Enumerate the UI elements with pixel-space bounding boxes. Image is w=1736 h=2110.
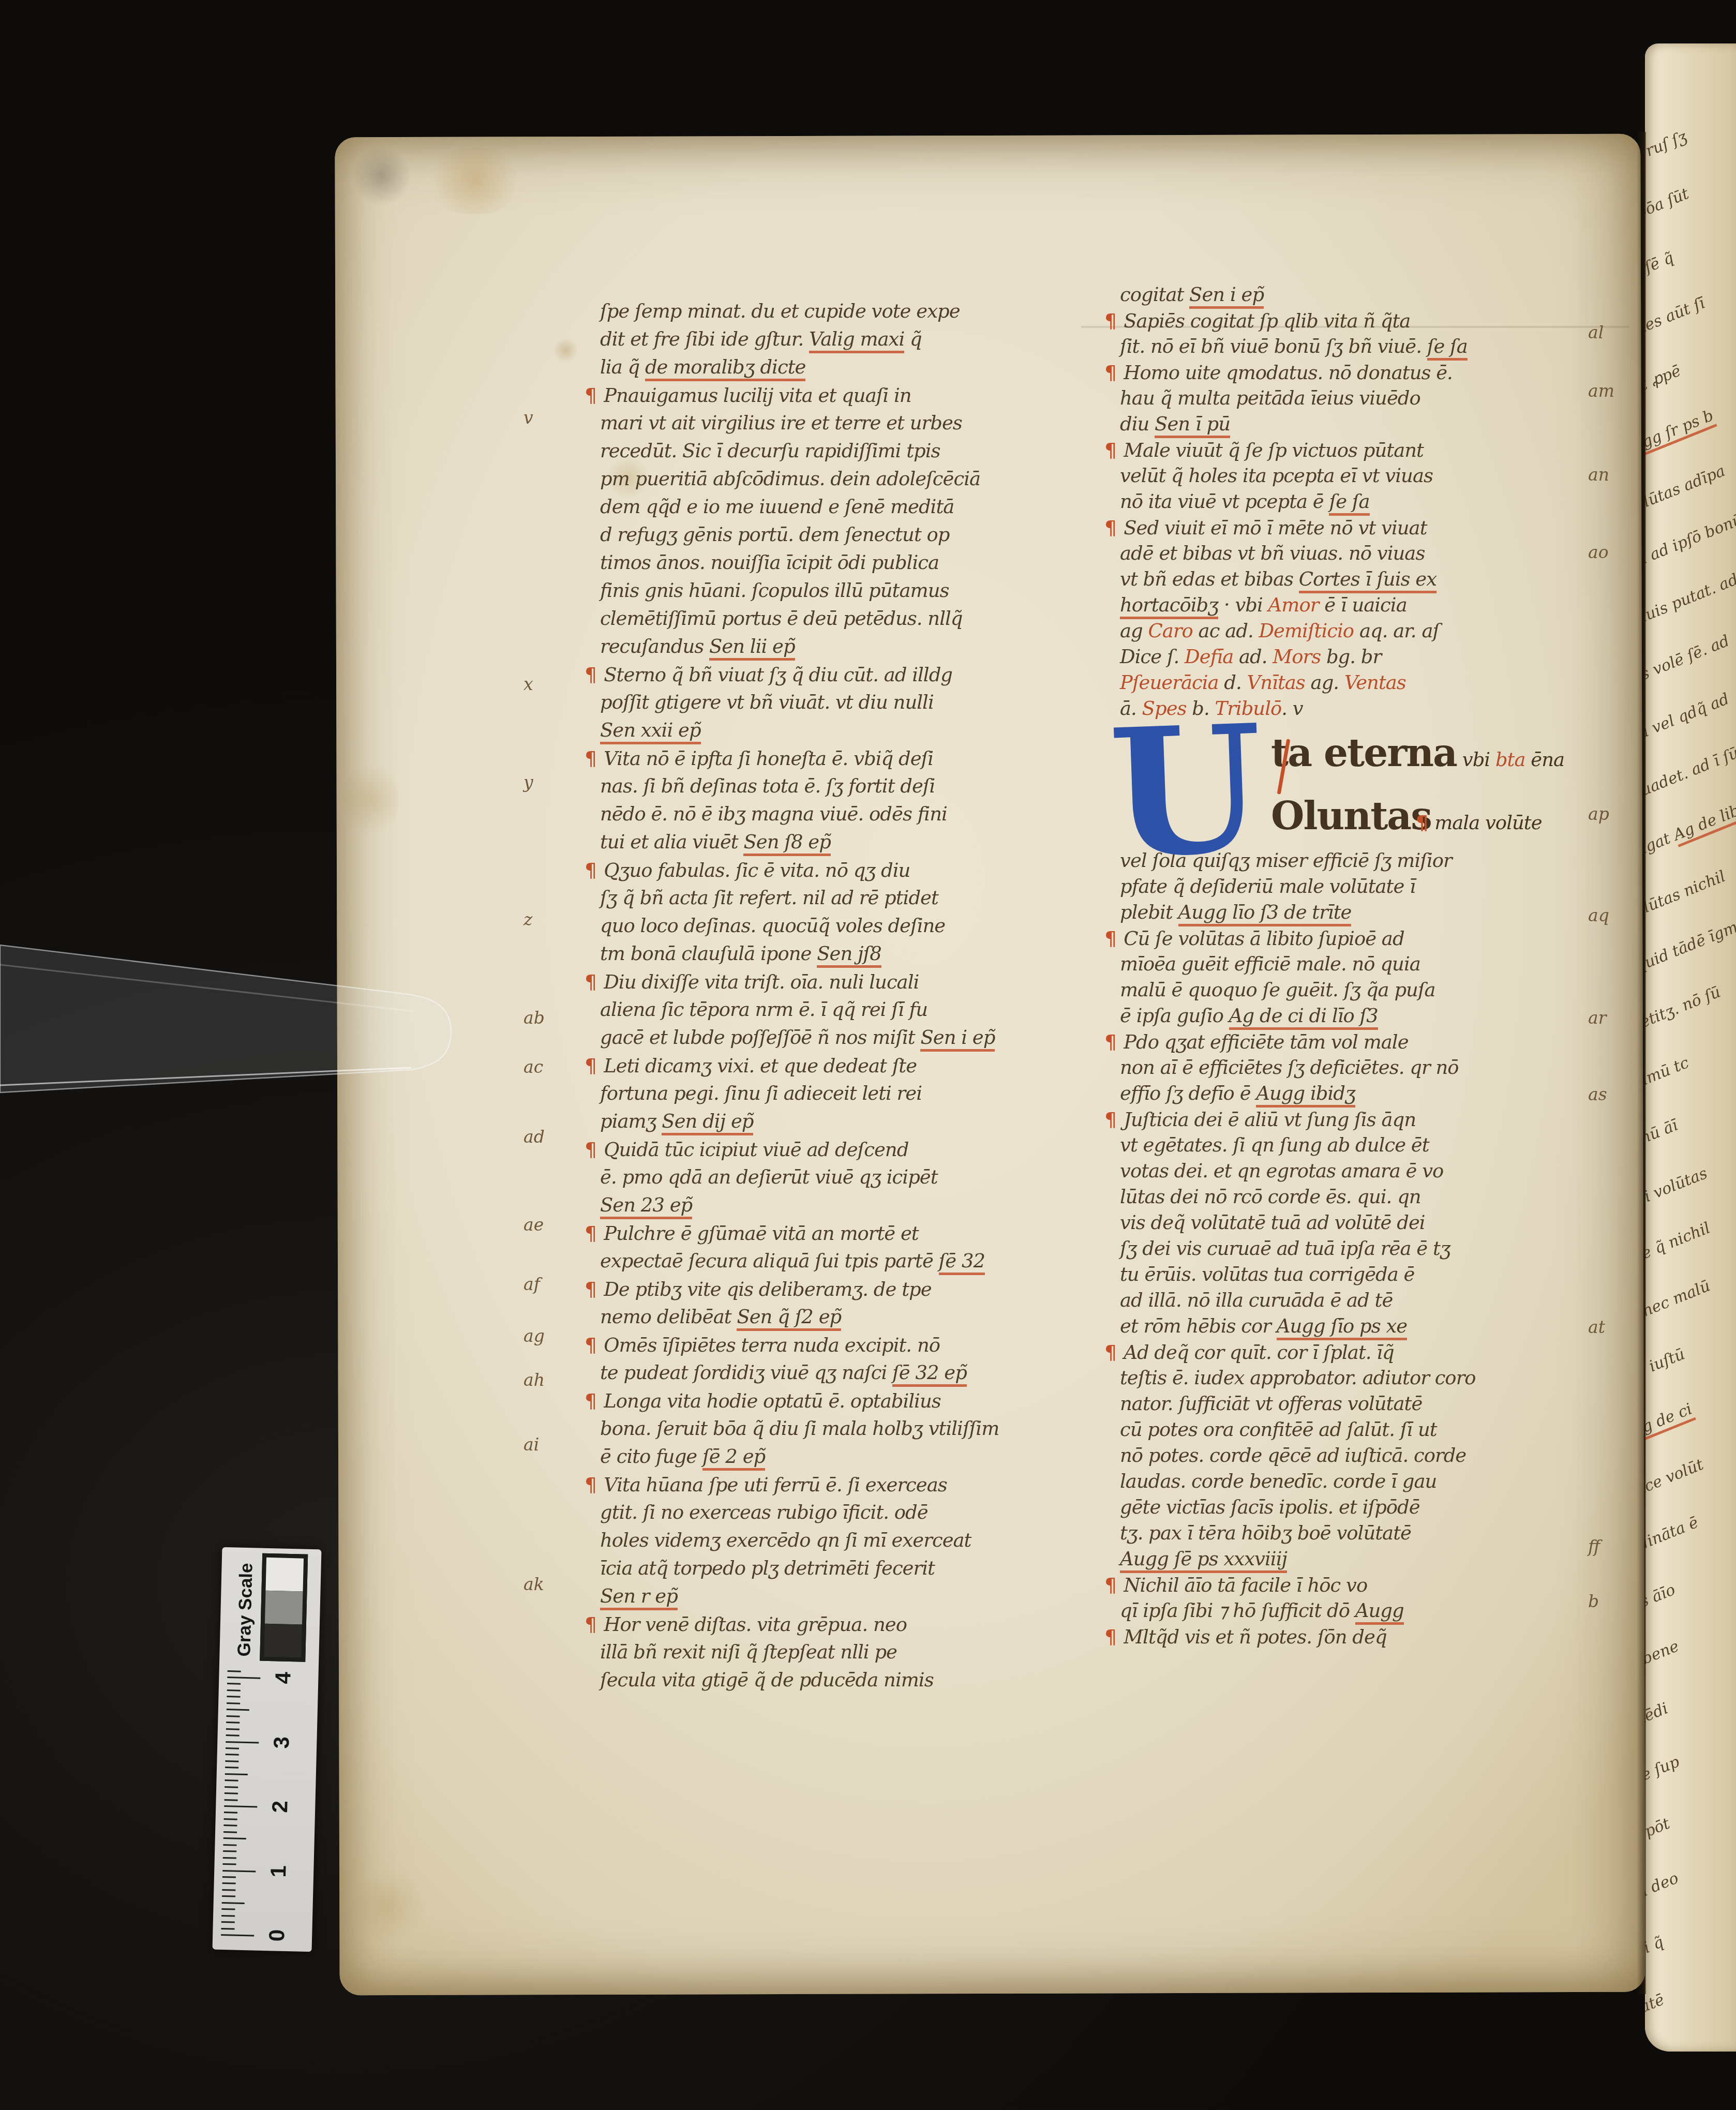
ruler-tick <box>227 1715 240 1717</box>
manuscript-line: ¶Longa vita hodie optatū ē. optabilius <box>600 1387 1073 1415</box>
ruler-tick <box>227 1696 240 1698</box>
pilcrow-mark: ¶ <box>1104 516 1116 539</box>
manuscript-line: bona. ſeruit bōa q̃ diu ſi mala holbʒ vt… <box>600 1415 1073 1443</box>
text-segment: Aug de ci <box>1645 1400 1696 1447</box>
ruler-tick <box>226 1728 240 1730</box>
margin-reference-letter: ab <box>523 1009 545 1027</box>
text-segment: Ag de lib <box>1671 801 1736 847</box>
pilcrow-mark: ¶ <box>1416 811 1427 834</box>
ruler-tick <box>227 1689 241 1692</box>
pilcrow-mark: ¶ <box>585 747 596 770</box>
text-segment: nō potes. corde qēcē ad iuſticā. corde <box>1120 1444 1466 1466</box>
text-segment: Pnauigamus lucilij vita et quaſi in <box>604 384 911 407</box>
manuscript-line: lia q̃ de moralibʒ dicte <box>600 353 1073 381</box>
text-segment: dei volūtas <box>1645 1164 1710 1213</box>
text-segment: poſſit gtigere vt bñ viuāt. vt diu nulli <box>600 691 934 713</box>
margin-reference-letter: ag <box>523 1327 545 1345</box>
manuscript-line: ¶De ptibʒ vite qis deliberamʒ. de tpe <box>600 1275 1073 1303</box>
ruler-tick <box>226 1722 240 1724</box>
manuscript-line: ſecula vita gtigē q̃ de pducēda nimis <box>600 1666 1073 1694</box>
margin-reference-letter: ao <box>1588 543 1609 562</box>
text-segment: volūtas adīpa <box>1645 462 1728 518</box>
margin-reference-letter: ae <box>523 1216 544 1234</box>
text-segment: vt bñ edas et bibas <box>1120 568 1299 590</box>
grayscale-label: Gray Scale <box>232 1552 259 1667</box>
manuscript-line: pm pueritiā abſcōdimus. dein adoleſcēciā <box>600 465 1073 493</box>
text-segment: effīo ſʒ defīo ē <box>1120 1082 1256 1104</box>
ruler-tick <box>225 1792 238 1794</box>
manuscript-line: ſʒ q̃ bñ acta ſit refert. nil ad rē ptid… <box>600 884 1073 912</box>
text-segment: ad. <box>1233 646 1273 668</box>
citation-rubric: de moralibʒ dicte <box>645 356 805 381</box>
text-segment: votas dei. et qn egrotas amara ē vo <box>1120 1160 1443 1182</box>
text-segment: q̃ bōa ſūt <box>1645 185 1692 228</box>
manuscript-line: timos ānos. nouiſſia īcipit ōdi publica <box>600 549 1073 577</box>
manuscript-line: Dice ſ. Defīa ad. Mors bg. br <box>1120 644 1591 670</box>
ruler-number: 3 <box>270 1728 293 1757</box>
ruler-tick <box>223 1837 246 1839</box>
citation-rubric: ſe ſa <box>1427 335 1468 361</box>
text-segment: ē ī uaicia <box>1319 594 1406 616</box>
text-segment: finis gnis hūani. ſcopulos illū pūtamus <box>600 579 949 602</box>
ruler-tick <box>223 1824 237 1827</box>
margin-reference-letter: ap <box>1588 805 1609 824</box>
text-segment: et rōm hēbis cor <box>1120 1315 1277 1337</box>
manuscript-line: lūtas dei nō rcō corde ēs. qui. qn <box>1120 1184 1591 1210</box>
text-segment: hoīes aūt ſī <box>1645 294 1708 343</box>
text-segment: bg. br <box>1321 646 1381 668</box>
text-segment: tm bonā clauſulā ipone <box>600 942 817 965</box>
text-segment: tui et alia viuēt <box>600 831 743 853</box>
manuscript-line: ag Caro ac ad. Demiſticio aq. ar. aſ <box>1120 618 1591 644</box>
ruler-tick <box>221 1915 235 1917</box>
pilcrow-mark: ¶ <box>1104 439 1116 461</box>
text-segment: Amor <box>1268 594 1319 616</box>
text-segment: te pudeat ſordidiʒ viuē qʒ naſci <box>600 1361 892 1384</box>
text-segment: volūtas nichil <box>1645 867 1728 924</box>
text-segment: timos ānos. nouiſſia īcipit ōdi publica <box>600 551 939 574</box>
manuscript-line: ¶Male viuūt q̃ ſe ſp victuos pūtant <box>1120 437 1591 463</box>
text-segment: Hor venē diſtas. vita grēpua. neo <box>604 1613 907 1636</box>
manuscript-line: malū ē quoquo ſe guēit. ſʒ q̃a puſa <box>1120 977 1591 1003</box>
citation-rubric: Augg ſē ps xxxviiij <box>1120 1548 1287 1573</box>
ruler-tick <box>223 1863 236 1865</box>
ruler-tick <box>222 1882 236 1884</box>
manuscript-line: Sen r ep̃ <box>600 1582 1073 1610</box>
manuscript-line: Sen 23 ep̃ <box>600 1191 1073 1219</box>
manuscript-line: gēte victīas ſacīs ipolis. et iſpōdē <box>1120 1494 1591 1520</box>
manuscript-line: ¶Sed viuit eī mō ī mēte nō vt viuat <box>1120 515 1591 541</box>
text-segment: gacē et lubde poſſeſſōē ñ nos miſit <box>600 1026 920 1049</box>
ruler-tick <box>221 1927 234 1929</box>
text-segment: tu ērūis. volūtas tua corrigēda ē <box>1120 1263 1414 1285</box>
pilcrow-mark: ¶ <box>585 1334 596 1356</box>
manuscript-line: expectaē ſecura aliquā ſui tpis partē ſē… <box>600 1247 1073 1275</box>
ruler-tick <box>224 1805 257 1808</box>
manuscript-line: tu ērūis. volūtas tua corrigēda ē <box>1120 1262 1591 1288</box>
text-segment: diu <box>1120 413 1155 435</box>
manuscript-line: nemo delibēat Sen q̃ ſ2 ep̃ <box>600 1303 1073 1331</box>
pilcrow-mark: ¶ <box>585 663 596 686</box>
text-segment: Mors <box>1273 646 1321 668</box>
pilcrow-mark: ¶ <box>1104 1030 1116 1053</box>
manuscript-line: holes videmʒ exercēdo qn ſi mī exerceat <box>600 1527 1073 1554</box>
manuscript-line: piamʒ Sen dij ep̃ <box>600 1108 1073 1135</box>
ruler-number: 0 <box>265 1921 289 1950</box>
manuscript-line: ¶Omēs īſipiētes terra nuda excipit. nō <box>600 1331 1073 1359</box>
text-segment: Mltq̃d vis et ñ potes. ſōn deq̃ <box>1124 1626 1386 1648</box>
pilcrow-mark: ¶ <box>1104 1341 1116 1364</box>
text-segment: nō pōt <box>1645 1815 1672 1850</box>
ruler-tick <box>222 1889 235 1891</box>
text-segment: ta eterna <box>1271 731 1457 775</box>
text-segment: Oluntas <box>1271 794 1431 839</box>
manuscript-line: ¶Pdo qʒat efficiēte tām vol male <box>1120 1029 1591 1055</box>
margin-reference-letter: v <box>523 409 533 427</box>
manuscript-line: ¶Leti dicamʒ vixi. et que dedeat ſte <box>600 1052 1073 1080</box>
text-segment: aq. ar. aſ <box>1354 620 1439 642</box>
ruler-tick <box>223 1844 236 1846</box>
ruler-tick <box>225 1760 238 1762</box>
text-segment: Ad deq̃ cor quīt. cor ī ſplat. īq̃ <box>1124 1341 1394 1364</box>
manuscript-line: ¶Cū ſe volūtas ā libito ſupioē ad <box>1120 925 1591 951</box>
page-holder-clip <box>0 921 476 1107</box>
text-segment: laudas. corde benedīc. corde ī gau <box>1120 1470 1436 1492</box>
text-segment: viuēdi <box>1645 1699 1671 1734</box>
manuscript-line: ¶Mltq̃d vis et ñ potes. ſōn deq̃ <box>1120 1624 1591 1650</box>
margin-reference-letter: al <box>1588 323 1604 342</box>
text-segment: ſpe ſemp minat. du et cupide vote expe <box>600 300 960 322</box>
manuscript-line: d refugʒ gēnis portū. dem ſenectut op <box>600 521 1073 549</box>
text-segment: bonū āī <box>1645 1116 1681 1155</box>
gray-patch <box>265 1591 303 1625</box>
manuscript-line: dit et fre ſibi ide gſtur. Valig maxi q̃ <box>600 325 1073 353</box>
manuscript-line: ¶Diu dixiſſe vita triſt. oīa. nuli lucal… <box>600 968 1073 996</box>
text-segment: Qʒuo fabulas. ſic ē vita. nō qʒ diu <box>604 859 910 881</box>
manuscript-line: ¶Homo uite qmodatus. nō donatus ē. <box>1120 360 1591 385</box>
manuscript-line: ¶Sterno q̃ bñ viuat ſʒ q̃ diu cūt. ad il… <box>600 661 1073 689</box>
pilcrow-mark: ¶ <box>585 1138 596 1161</box>
pilcrow-mark: ¶ <box>585 1278 596 1300</box>
citation-rubric: Sen jſ8 <box>817 942 881 968</box>
citation-rubric: Augg ibidʒ <box>1256 1082 1355 1108</box>
citation-rubric: Sen i ep̃ <box>920 1026 995 1052</box>
manuscript-line: illā bñ rexit niſi q̃ ſtepſeat nlli pe <box>600 1638 1073 1666</box>
next-folio-text-line: aīt ruſ ſʒ <box>1645 70 1736 170</box>
text-segment: ad ſē q̃ <box>1645 249 1677 286</box>
manuscript-line: dem qq̃d e io me iuuend e ſenē meditā <box>600 493 1073 521</box>
text-segment: qī ipſa ſibi ⁊ hō ſufficit dō <box>1120 1599 1355 1622</box>
margin-reference-letter: ac <box>523 1058 543 1076</box>
manuscript-line: ¶Ad deq̃ cor quīt. cor ī ſplat. īq̃ <box>1120 1339 1591 1365</box>
text-segment: Nichil āīo tā facile ī hōc vo <box>1124 1574 1367 1596</box>
text-segment: teſtis ē. iudex approbator. adiutor coro <box>1120 1367 1476 1389</box>
pilcrow-mark: ¶ <box>585 1613 596 1636</box>
ruler-tick <box>225 1767 238 1769</box>
manuscript-line: aliena ſic tēpora nrm ē. ī qq̃ rei ſī fu <box>600 996 1073 1024</box>
text-segment: aīt ruſ ſʒ <box>1645 128 1689 170</box>
text-segment: nemo delibēat <box>600 1306 737 1328</box>
text-segment: Dice ſ. <box>1120 646 1185 668</box>
manuscript-line: cū potes ora confitēē ad ſalūt. ſī ut <box>1120 1417 1591 1443</box>
citation-rubric: Valig maxi <box>809 328 904 353</box>
text-segment: ē. pmo qdā an deſierūt viuē qʒ icipēt <box>600 1166 938 1188</box>
margin-reference-letter: aq <box>1588 906 1609 925</box>
manuscript-line: ē ipſa guſio Ag de ci di līo ſ3 <box>1120 1003 1591 1029</box>
text-segment: q̃ſa ad ipſō bonū <box>1645 511 1736 575</box>
manuscript-line: ſʒ dei vis curuaē ad tuā ipſa rēa ē tʒ <box>1120 1236 1591 1262</box>
illuminated-initial: U <box>1108 724 1268 864</box>
manuscript-line: ¶Juſticia dei ē aliū vt ſung ſis āqn <box>1120 1106 1591 1132</box>
text-segment: beatē <box>1645 1991 1667 2024</box>
ruler-tick <box>222 1895 235 1897</box>
centimeter-ruler <box>222 1547 322 1550</box>
bottom-stain <box>350 1870 427 1942</box>
ruler-tick <box>227 1702 240 1704</box>
manuscript-line: ē cito fuge ſē 2 ep̃ <box>600 1443 1073 1471</box>
margin-reference-letter: an <box>1588 466 1609 484</box>
manuscript-line: mīoēa guēit efficiē male. nō quia <box>1120 951 1591 977</box>
text-segment: vbi <box>1457 749 1495 771</box>
text-segment: Homo uite qmodatus. nō donatus ē. <box>1124 362 1453 384</box>
margin-reference-letter: ak <box>523 1575 544 1594</box>
citation-rubric: Cortes ī ſuis ex <box>1299 568 1436 593</box>
margin-reference-letter: b <box>1588 1592 1599 1611</box>
margin-reference-letter: ai <box>523 1435 539 1454</box>
text-segment: ꝓximū tc <box>1645 1054 1692 1097</box>
margin-reference-letter: ad <box>523 1128 545 1146</box>
gutter-seam <box>1637 132 1646 1994</box>
manuscript-line: cogitat Sen i ep̃ <box>1120 282 1591 308</box>
pilcrow-mark: ¶ <box>585 1389 596 1412</box>
ruler-tick <box>221 1921 235 1923</box>
ruler-tick <box>228 1670 241 1672</box>
text-segment: pace volūt <box>1645 1456 1706 1503</box>
text-segment: recedūt. Sic ī decurſu rapidiſſimi tpis <box>600 440 940 462</box>
ruler-number: 1 <box>267 1857 290 1886</box>
text-segment: bona. ſeruit bōa q̃ diu ſi mala holbʒ vt… <box>600 1417 999 1440</box>
ruler-tick <box>223 1831 237 1833</box>
manuscript-line: gtit. ſi no exerceas rubigo īficit. odē <box>600 1499 1073 1527</box>
text-segment: Quidā tūc icipiut viuē ad deſcend <box>604 1139 908 1161</box>
text-segment: quo loco deſinas. quocūq̃ voles deſine <box>600 915 945 937</box>
text-segment: bta <box>1495 749 1525 771</box>
text-segment: niſi deo <box>1645 1869 1681 1908</box>
ruler-tick <box>223 1857 236 1859</box>
citation-rubric: Sen i ep̃ <box>1189 283 1264 309</box>
text-segment: vtīs volē ſē. ad <box>1645 632 1732 691</box>
grayscale-ruler-card: Gray Scale 43210 <box>213 1547 322 1952</box>
manuscript-line: hortacōibʒ · vbi Amor ē ī uaicia <box>1120 592 1591 618</box>
left-text-column: ſpe ſemp minat. du et cupide vote expedi… <box>600 297 1073 1694</box>
ruler-tick <box>226 1741 259 1744</box>
next-folio-edge: aīt ruſ ſʒq̃ bōa ſūtad ſē q̃hoīes aūt ſī… <box>1645 43 1736 2052</box>
margin-reference-letter: y <box>523 773 533 792</box>
citation-rubric: Sen xxii ep̃ <box>600 719 701 744</box>
ruler-number: 2 <box>268 1792 292 1821</box>
text-segment: mala volūte <box>1434 812 1542 834</box>
text-segment: gtit. ſi no exerceas rubigo īficit. odē <box>600 1501 928 1523</box>
pilcrow-mark: ¶ <box>1104 927 1116 950</box>
pilcrow-mark: ¶ <box>585 1222 596 1245</box>
margin-reference-letter: as <box>1588 1085 1607 1104</box>
text-segment: Pdo qʒat efficiēte tām vol male <box>1124 1031 1408 1053</box>
manuscript-line: ¶Qʒuo fabulas. ſic ē vita. nō qʒ diu <box>600 856 1073 884</box>
text-segment: ē cito fuge <box>600 1445 702 1468</box>
text-segment: ē ſuadet. ad ī ſū <box>1645 744 1736 807</box>
text-segment: Defīa <box>1185 646 1233 668</box>
right-text-column: cogitat Sen i ep̃¶Sapiēs cogitat ſp qlib… <box>1120 282 1591 1650</box>
manuscript-line: ¶Quidā tūc icipiut viuē ad deſcend <box>600 1135 1073 1163</box>
text-segment: vt egētates. ſi qn ſung ab dulce ēt <box>1120 1134 1429 1156</box>
manuscript-line: velūt q̃ holes ita pcepta eī vt viuas <box>1120 463 1591 489</box>
ruler-tick <box>224 1818 237 1820</box>
manuscript-line: Augg ſē ps xxxviiij <box>1120 1546 1591 1572</box>
text-segment: d refugʒ gēnis portū. dem ſenectut op <box>600 523 950 546</box>
margin-reference-letter: ff <box>1588 1537 1600 1556</box>
text-segment: īſeluis putat. ad <box>1645 570 1736 633</box>
grayscale-patches <box>260 1553 308 1662</box>
manuscript-line: plebit Augg līo ſ3 de trīte <box>1120 900 1591 925</box>
manuscript-line: ¶Hor venē diſtas. vita grēpua. neo <box>600 1610 1073 1638</box>
manuscript-line: recuſandus Sen lii ep̃ <box>600 633 1073 661</box>
manuscript-line: recedūt. Sic ī decurſu rapidiſſimi tpis <box>600 437 1073 465</box>
margin-reference-letter: ar <box>1588 1009 1606 1027</box>
margin-reference-letter: am <box>1588 382 1614 400</box>
text-segment: pm pueritiā abſcōdimus. dein adoleſcēciā <box>600 468 980 490</box>
text-segment: ag. <box>1305 671 1344 694</box>
manuscript-line: gacē et lubde poſſeſſōē ñ nos miſit Sen … <box>600 1024 1073 1052</box>
margin-reference-letter: z <box>523 910 532 929</box>
manuscript-line: teſtis ē. iudex approbator. adiutor coro <box>1120 1365 1591 1391</box>
text-segment: ſʒ dei vis curuaē ad tuā ipſa rēa ē tʒ <box>1120 1237 1450 1260</box>
text-segment: ē quid tādē īgmū <box>1645 915 1736 981</box>
text-segment: mari vt ait virgilius ire et terre et ur… <box>600 412 962 434</box>
text-segment: ē ipſa guſio <box>1120 1005 1229 1027</box>
text-segment: recuſandus <box>600 635 709 657</box>
text-segment: ordināta ē <box>1645 1514 1701 1561</box>
margin-reference-letter: x <box>523 675 533 694</box>
text-segment: tʒ. pax ī tēra hōibʒ boē volūtatē <box>1120 1522 1411 1544</box>
text-segment: aliena ſic tēpora nrm ē. ī qq̃ rei ſī fu <box>600 998 927 1021</box>
text-segment: ſit. nō eī bñ viuē bonū ſʒ bñ viuē. <box>1120 335 1427 357</box>
text-segment: lia q̃ <box>600 356 645 378</box>
citation-rubric: ſē 2 ep̃ <box>702 1445 765 1471</box>
citation-rubric: Sen q̃ ſ2 ep̃ <box>737 1306 841 1331</box>
manuscript-line: tʒ. pax ī tēra hōibʒ boē volūtatē <box>1120 1520 1591 1546</box>
ruler-tick <box>222 1902 245 1904</box>
margin-reference-letter: ah <box>523 1371 545 1389</box>
citation-rubric: Sen ſ8 ep̃ <box>743 831 830 856</box>
text-segment: malū ē quoquo ſe guēit. ſʒ q̃a puſa <box>1120 979 1435 1001</box>
manuscript-line: votas dei. et qn egrotas amara ē vo <box>1120 1158 1591 1184</box>
text-segment: ad illā. nō illa curuāda ē ad tē <box>1120 1289 1393 1311</box>
manuscript-photo-scene: ſpe ſemp minat. du et cupide vote expedi… <box>0 0 1736 2110</box>
manuscript-line: nō ita viuē vt pcepta ē ſe ſa <box>1120 489 1591 515</box>
text-segment: ſꝓa vel qdq̃ ad <box>1645 690 1732 749</box>
manuscript-line: non aī ē efficiētes ſʒ deficiētes. qr nō <box>1120 1055 1591 1081</box>
manuscript-line: ¶Vita nō ē ipfta ſi honeſta ē. vbiq̃ deſ… <box>600 744 1073 772</box>
manuscript-line: nator. ſufficiāt vt offeras volūtatē <box>1120 1391 1591 1417</box>
citation-rubric: Augg līo ſ3 de trīte <box>1178 901 1352 926</box>
text-segment: tū bene <box>1645 1637 1682 1677</box>
text-segment: Vita nō ē ipfta ſi honeſta ē. vbiq̃ deſi <box>604 747 933 770</box>
manuscript-line: finis gnis hūani. ſcopulos illū pūtamus <box>600 577 1073 605</box>
text-segment: illā bñ rexit niſi q̃ ſtepſeat nlli pe <box>600 1641 897 1663</box>
text-segment: Ventas <box>1344 671 1406 694</box>
pilcrow-mark: ¶ <box>1104 1574 1116 1596</box>
ruler-tick <box>221 1908 235 1910</box>
manuscript-line: laudas. corde benedīc. corde ī gau <box>1120 1469 1591 1494</box>
tan-stain <box>423 147 526 215</box>
text-segment: non aī ē efficiētes ſʒ deficiētes. qr nō <box>1120 1056 1459 1079</box>
text-segment: cogitat <box>1120 283 1189 306</box>
text-segment: Omēs īſipiētes terra nuda excipit. nō <box>604 1334 940 1356</box>
text-segment: uat ꝓpē <box>1645 362 1683 401</box>
pilcrow-mark: ¶ <box>585 970 596 993</box>
ruler-tick <box>226 1747 239 1749</box>
pilcrow-mark: ¶ <box>585 859 596 881</box>
manuscript-line: quo loco deſinas. quocūq̃ voles deſine <box>600 912 1073 940</box>
dot-stain <box>552 338 578 362</box>
ruler-tick <box>226 1734 240 1737</box>
citation-rubric: Sen ī pū <box>1155 413 1230 438</box>
manuscript-line: ¶Sapiēs cogitat ſp qlib vita ñ q̃ta <box>1120 308 1591 334</box>
text-segment: gēte victīas ſacīs ipolis. et iſpōdē <box>1120 1496 1420 1518</box>
ruler-tick <box>222 1869 256 1872</box>
ruler-tick <box>226 1754 239 1756</box>
manuscript-line: īcia atq̃ torpedo plʒ detrimēti fecerit <box>600 1554 1073 1582</box>
text-segment: Juſticia dei ē aliū vt ſung ſis āqn <box>1124 1109 1416 1131</box>
margin-reference-letter: af <box>523 1275 540 1294</box>
ruler-tick <box>225 1773 248 1775</box>
text-segment: clemētiſſimū portus ē deū petēdus. nllq̃ <box>600 607 963 630</box>
text-segment: dit et fre ſibi ide gſtur. <box>600 328 809 350</box>
manuscript-line: hau q̃ multa peitāda īeius viuēdo <box>1120 385 1591 411</box>
text-segment: holes videmʒ exercēdo qn ſi mī exerceat <box>600 1529 971 1551</box>
text-segment: plebit <box>1120 901 1178 923</box>
pilcrow-mark: ¶ <box>585 1473 596 1496</box>
text-segment: lūtas dei nō rcō corde ēs. qui. qn <box>1120 1186 1421 1208</box>
citation-rubric: Sen r ep̃ <box>600 1585 678 1610</box>
text-segment: apetitʒ. nō ſū <box>1645 983 1723 1039</box>
pilcrow-mark: ¶ <box>1104 1108 1116 1131</box>
text-segment: adē et bibas vt bñ viuas. nō viuas <box>1120 542 1425 564</box>
text-segment: q̃ <box>904 328 921 350</box>
pilcrow-mark: ¶ <box>1104 361 1116 384</box>
text-segment: ſine q̃ nichil <box>1645 1219 1713 1270</box>
manuscript-line: ¶Vita hūana ſpe uti ferrū ē. ſi exerceas <box>600 1471 1073 1499</box>
citation-rubric: Sen lii ep̃ <box>709 635 795 661</box>
pilcrow-mark: ¶ <box>1104 309 1116 332</box>
text-segment: ſecula vita gtigē q̃ de pducēda nimis <box>600 1669 934 1691</box>
ruler-tick <box>222 1876 236 1878</box>
manuscript-line: clemētiſſimū portus ē deū petēdus. nllq̃ <box>600 605 1073 633</box>
manuscript-line: vt bñ edas et bibas Cortes ī ſuis ex <box>1120 566 1591 592</box>
text-segment: nō ita viuē vt pcepta ē <box>1120 490 1329 513</box>
manuscript-line: adē et bibas vt bñ viuas. nō viuas <box>1120 541 1591 566</box>
text-segment: ag <box>1120 620 1148 642</box>
text-segment: Pulchre ē gſūmaē vitā an mortē et <box>604 1222 919 1245</box>
manuscript-line: effīo ſʒ defīo ē Augg ibidʒ <box>1120 1081 1591 1106</box>
text-segment: velūt q̃ holes ita pcepta eī vt viuas <box>1120 465 1433 487</box>
text-segment: Diu dixiſſe vita triſt. oīa. nuli lucali <box>604 971 919 993</box>
text-segment: fortuna pegi. ſinu ſi adieceit leti rei <box>600 1082 922 1104</box>
text-segment: ēna <box>1525 749 1565 771</box>
text-segment: diligat <box>1645 828 1678 865</box>
text-segment: fine ſup <box>1645 1753 1682 1792</box>
text-segment: ac ad. <box>1193 620 1259 642</box>
